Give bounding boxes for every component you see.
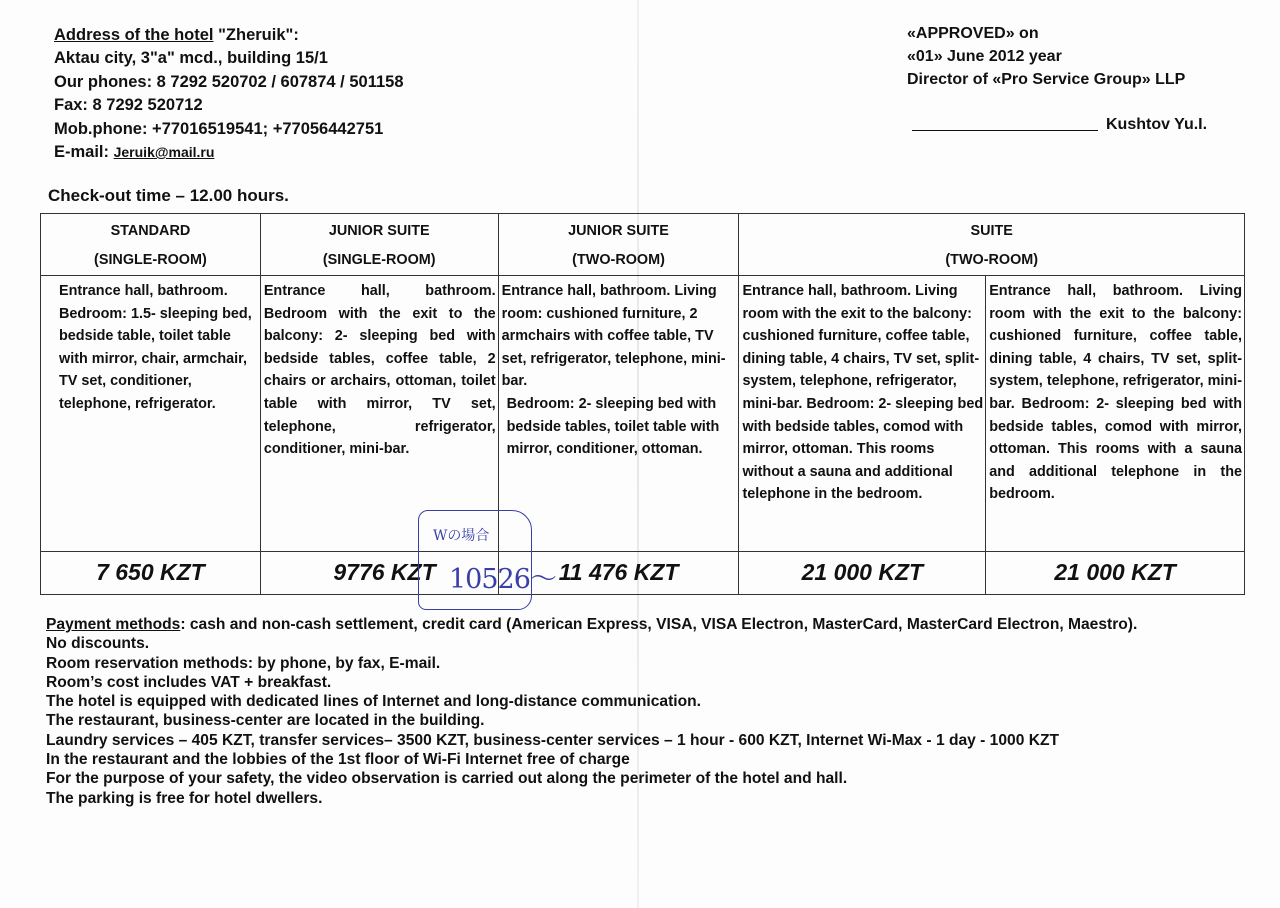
address-line: Aktau city, 3"a" mcd., building 15/1	[54, 47, 404, 70]
price-suite-sauna: 21 000 KZT	[986, 552, 1245, 595]
desc-standard: Entrance hall, bathroom. Bedroom: 1.5- s…	[41, 276, 261, 552]
signature-blank	[912, 130, 1098, 131]
room-rates-table: STANDARD(SINGLE-ROOM) JUNIOR SUITE(SINGL…	[40, 213, 1245, 595]
term-line: The restaurant, business-center are loca…	[46, 711, 1137, 730]
desc-suite-no-sauna: Entrance hall, bathroom. Living room wit…	[739, 276, 986, 552]
checkout-time: Check-out time – 12.00 hours.	[48, 186, 289, 206]
term-line: For the purpose of your safety, the vide…	[46, 769, 1137, 788]
header-standard: STANDARD(SINGLE-ROOM)	[41, 214, 261, 276]
fax: Fax: 8 7292 520712	[54, 94, 404, 117]
term-line: The hotel is equipped with dedicated lin…	[46, 692, 1137, 711]
term-line: No discounts.	[46, 634, 1137, 653]
header-suite-two: SUITE(TWO-ROOM)	[739, 214, 1245, 276]
price-row: 7 650 KZT 9776 KZT 11 476 KZT 21 000 KZT…	[41, 552, 1245, 595]
term-line: The parking is free for hotel dwellers.	[46, 789, 1137, 808]
email-line: E-mail: Jeruik@mail.ru	[54, 141, 404, 164]
approval-block: «APPROVED» on «01» June 2012 year Direct…	[907, 22, 1185, 91]
price-suite-no-sauna: 21 000 KZT	[739, 552, 986, 595]
email-link[interactable]: Jeruik@mail.ru	[114, 144, 215, 160]
term-line: Room reservation methods: by phone, by f…	[46, 654, 1137, 673]
address-heading: Address of the hotel "Zheruik":	[54, 24, 404, 47]
payment-methods: Payment methods: cash and non-cash settl…	[46, 615, 1137, 634]
phones: Our phones: 8 7292 520702 / 607874 / 501…	[54, 71, 404, 94]
signature-line: Kushtov Yu.I.	[912, 116, 1207, 134]
table-header-row: STANDARD(SINGLE-ROOM) JUNIOR SUITE(SINGL…	[41, 214, 1245, 276]
desc-suite-sauna: Entrance hall, bathroom. Living room wit…	[986, 276, 1245, 552]
handwritten-annotation: Wの場合 10526〜	[418, 510, 532, 610]
desc-junior-suite-two: Entrance hall, bathroom. Living room: cu…	[498, 276, 739, 552]
header-junior-suite-two: JUNIOR SUITE(TWO-ROOM)	[498, 214, 739, 276]
price-standard: 7 650 KZT	[41, 552, 261, 595]
mobile-phones: Mob.phone: +77016519541; +77056442751	[54, 118, 404, 141]
term-line: In the restaurant and the lobbies of the…	[46, 750, 1137, 769]
hotel-address-block: Address of the hotel "Zheruik": Aktau ci…	[54, 24, 404, 164]
term-line: Laundry services – 405 KZT, transfer ser…	[46, 731, 1137, 750]
table-row: Entrance hall, bathroom. Bedroom: 1.5- s…	[41, 276, 1245, 552]
term-line: Room’s cost includes VAT + breakfast.	[46, 673, 1137, 692]
header-junior-suite-single: JUNIOR SUITE(SINGLE-ROOM)	[260, 214, 498, 276]
terms-section: Payment methods: cash and non-cash settl…	[46, 615, 1137, 808]
